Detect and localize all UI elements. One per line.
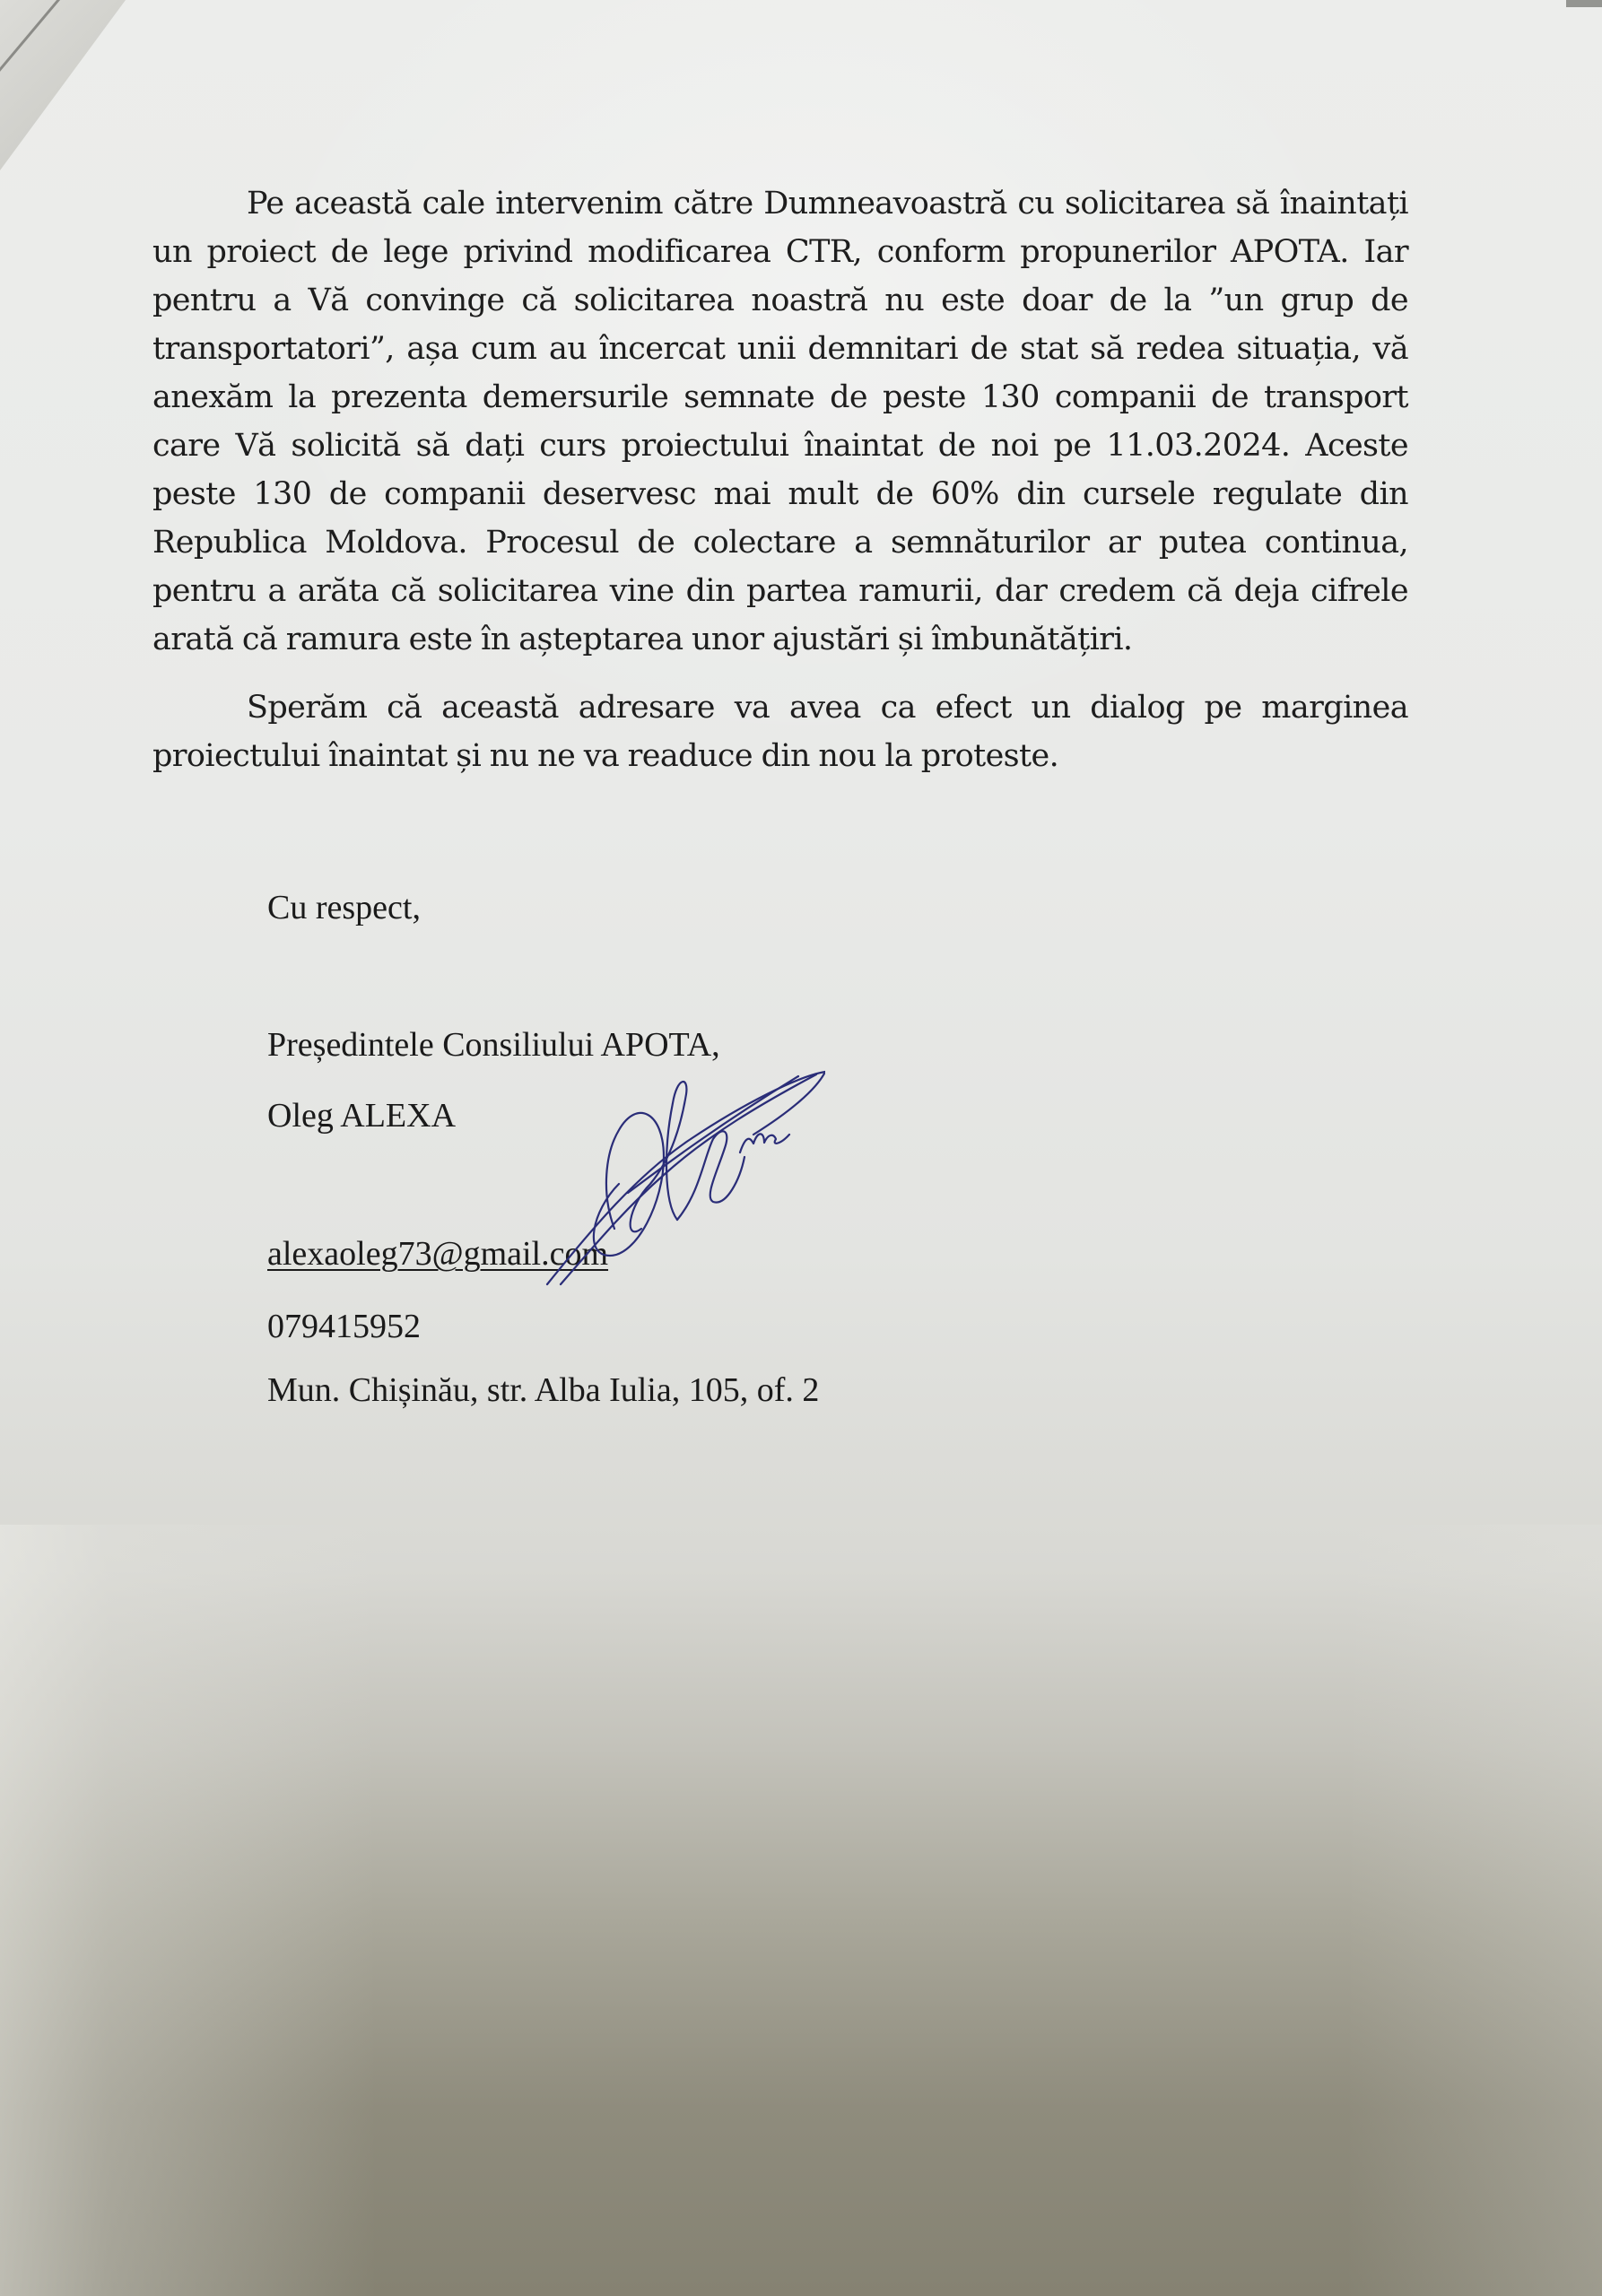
- salutation: Cu respect,: [267, 888, 421, 927]
- signer-name: Oleg ALEXA: [267, 1096, 456, 1135]
- edge-shadow: [1566, 0, 1602, 7]
- signature-icon: [529, 1049, 825, 1291]
- phone-number: 079415952: [267, 1307, 421, 1346]
- paragraph-request: Pe această cale intervenim către Dumneav…: [152, 179, 1408, 664]
- postal-address: Mun. Chișinău, str. Alba Iulia, 105, of.…: [267, 1370, 819, 1410]
- paragraph-hope: Sperăm că această adresare va avea ca ef…: [152, 683, 1408, 780]
- letter-body: Pe această cale intervenim către Dumneav…: [152, 179, 1408, 780]
